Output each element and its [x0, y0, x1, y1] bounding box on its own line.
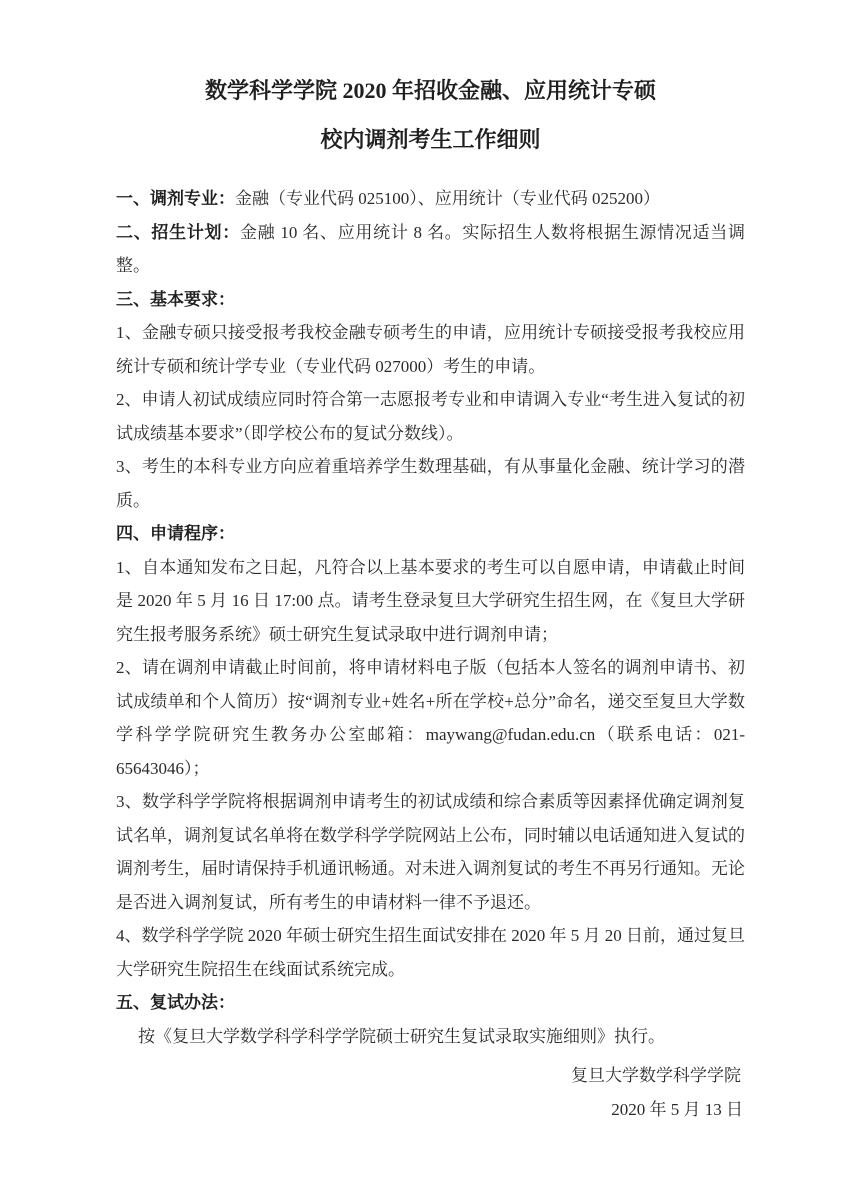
para-enrollment-plan: 二、招生计划：金融 10 名、应用统计 8 名。实际招生人数将根据生源情况适当调… — [116, 216, 745, 283]
para-transfer-majors: 一、调剂专业：金融（专业代码 025100）、应用统计（专业代码 025200） — [116, 182, 745, 216]
para-reexam-method-text: 按《复旦大学数学科学科学学院硕士研究生复试录取实施细则》执行。 — [138, 1027, 665, 1046]
para-procedure-2: 2、请在调剂申请截止时间前，将申请材料电子版（包括本人签名的调剂申请书、初试成绩… — [116, 651, 745, 785]
para-procedure-3: 3、数学科学学院将根据调剂申请考生的初试成绩和综合素质等因素择优确定调剂复试名单… — [116, 785, 745, 919]
para-reexam-method: 按《复旦大学数学科学科学学院硕士研究生复试录取实施细则》执行。 — [116, 1020, 745, 1054]
signature-line: 复旦大学数学科学学院 — [116, 1059, 745, 1093]
para-procedure-1-text: 1、自本通知发布之日起，凡符合以上基本要求的考生可以自愿申请，申请截止时间是 2… — [116, 558, 745, 644]
para-basic-req-1: 1、金融专硕只接受报考我校金融专硕考生的申请，应用统计专硕接受报考我校应用统计专… — [116, 316, 745, 383]
heading-reexam-method: 五、复试办法： — [116, 986, 745, 1020]
para-basic-req-1-text: 1、金融专硕只接受报考我校金融专硕考生的申请，应用统计专硕接受报考我校应用统计专… — [116, 323, 745, 376]
document-footer: 复旦大学数学科学学院 2020 年 5 月 13 日 — [116, 1059, 745, 1126]
document-content: 数学科学学院 2020 年招收金融、应用统计专硕 校内调剂考生工作细则 一、调剂… — [116, 76, 745, 1126]
para-procedure-4-text: 4、数学科学学院 2020 年硕士研究生招生面试安排在 2020 年 5 月 2… — [116, 926, 745, 979]
heading-basic-requirements-label: 三、基本要求： — [116, 290, 235, 309]
para-enrollment-plan-label: 二、招生计划： — [116, 223, 240, 242]
heading-basic-requirements: 三、基本要求： — [116, 283, 745, 317]
para-procedure-1: 1、自本通知发布之日起，凡符合以上基本要求的考生可以自愿申请，申请截止时间是 2… — [116, 551, 745, 652]
para-procedure-3-text: 3、数学科学学院将根据调剂申请考生的初试成绩和综合素质等因素择优确定调剂复试名单… — [116, 792, 745, 912]
para-transfer-majors-label: 一、调剂专业： — [116, 189, 235, 208]
para-procedure-2-text: 2、请在调剂申请截止时间前，将申请材料电子版（包括本人签名的调剂申请书、初试成绩… — [116, 658, 745, 778]
heading-application-procedure: 四、申请程序： — [116, 517, 745, 551]
para-transfer-majors-text: 金融（专业代码 025100）、应用统计（专业代码 025200） — [235, 189, 660, 208]
heading-reexam-method-label: 五、复试办法： — [116, 993, 235, 1012]
para-basic-req-2-text: 2、申请人初试成绩应同时符合第一志愿报考专业和申请调入专业“考生进入复试的初试成… — [116, 390, 745, 443]
document-body: 一、调剂专业：金融（专业代码 025100）、应用统计（专业代码 025200）… — [116, 182, 745, 1053]
doc-title-line-1: 数学科学学院 2020 年招收金融、应用统计专硕 — [116, 76, 745, 106]
para-basic-req-2: 2、申请人初试成绩应同时符合第一志愿报考专业和申请调入专业“考生进入复试的初试成… — [116, 383, 745, 450]
document-page: 数学科学学院 2020 年招收金融、应用统计专硕 校内调剂考生工作细则 一、调剂… — [0, 0, 849, 1200]
date-line: 2020 年 5 月 13 日 — [116, 1093, 745, 1127]
para-procedure-4: 4、数学科学学院 2020 年硕士研究生招生面试安排在 2020 年 5 月 2… — [116, 919, 745, 986]
doc-title-line-2: 校内调剂考生工作细则 — [116, 125, 745, 155]
heading-application-procedure-label: 四、申请程序： — [116, 524, 235, 543]
para-basic-req-3-text: 3、考生的本科专业方向应着重培养学生数理基础，有从事量化金融、统计学习的潜质。 — [116, 457, 745, 510]
para-basic-req-3: 3、考生的本科专业方向应着重培养学生数理基础，有从事量化金融、统计学习的潜质。 — [116, 450, 745, 517]
